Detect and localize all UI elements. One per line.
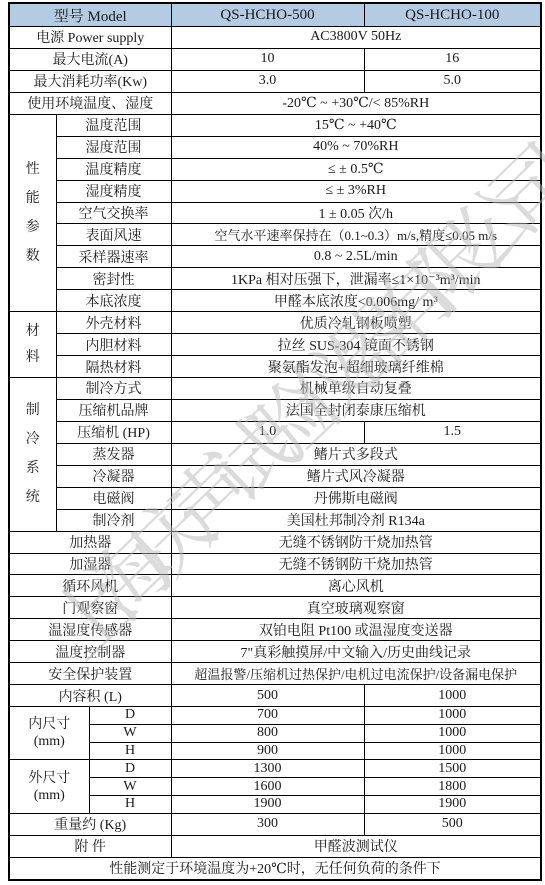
row-value: 空气水平速率保持在（0.1~0.3）m/s,精度≤0.05 m/s xyxy=(171,224,541,246)
row-value-500: 300 xyxy=(171,813,364,835)
row-label: 内容积 (L) xyxy=(9,685,171,707)
row-value-100: 1800 xyxy=(364,778,541,796)
row-cooling-method: 制冷系统 制冷方式 机械单级自动复叠 xyxy=(9,378,541,400)
row-label: 湿度范围 xyxy=(56,136,171,158)
row-label: 温湿度传感器 xyxy=(9,619,171,641)
row-label: 温度范围 xyxy=(56,114,171,136)
row-label: 压缩机品牌 xyxy=(56,399,171,421)
row-seal: 密封性 1KPa 相对压强下，泄漏率≤1×10⁻³m³/min xyxy=(9,268,541,290)
row-label: 压缩机 (HP) xyxy=(56,421,171,443)
row-outer-dim-d: 外尺寸(mm) D 1300 1500 xyxy=(9,760,541,778)
row-label: 制冷方式 xyxy=(56,378,171,400)
row-value-100: 1000 xyxy=(364,724,541,742)
row-humidifier: 加湿器 无缝不锈钢防干烧加热管 xyxy=(9,553,541,575)
dim-label: W xyxy=(89,724,171,742)
row-surface-wind: 表面风速 空气水平速率保持在（0.1~0.3）m/s,精度≤0.05 m/s xyxy=(9,224,541,246)
row-label: 使用环境温度、湿度 xyxy=(9,92,171,114)
row-label: 采样器速率 xyxy=(56,246,171,268)
row-power-supply: 电源 Power supply AC3800V 50Hz xyxy=(9,27,541,49)
row-value-500: 500 xyxy=(171,685,364,707)
row-label: 安全保护装置 xyxy=(9,663,171,685)
row-value: 0.8 ~ 2.5L/min xyxy=(171,246,541,268)
row-value: 鳍片式多段式 xyxy=(171,443,541,465)
row-solenoid-valve: 电磁阀 丹佛斯电磁阀 xyxy=(9,487,541,509)
row-safety-protection: 安全保护装置 超温报警/压缩机过热保护/电机过电流保护/设备漏电保护 xyxy=(9,663,541,685)
row-value-500: 1600 xyxy=(171,778,364,796)
dim-label: D xyxy=(89,760,171,778)
row-value-500: 1.0 xyxy=(171,421,364,443)
row-value: 拉丝 SUS-304 镜面不锈钢 xyxy=(171,334,541,356)
row-outer-dim-w: W 1600 1800 xyxy=(9,778,541,796)
row-value-100: 500 xyxy=(364,813,541,835)
row-value: 15℃ ~ +40℃ xyxy=(171,114,541,136)
table-header-row: 型号 Model QS-HCHO-500 QS-HCHO-100 xyxy=(9,3,541,27)
row-condenser: 冷凝器 鳍片式风冷凝器 xyxy=(9,465,541,487)
dim-label: H xyxy=(89,742,171,760)
row-footnote: 性能测定于环境温度为+20℃时，无任何负荷的条件下 xyxy=(9,857,541,880)
row-label: 密封性 xyxy=(56,268,171,290)
row-value-500: 900 xyxy=(171,742,364,760)
spec-table: 型号 Model QS-HCHO-500 QS-HCHO-100 电源 Powe… xyxy=(8,2,542,881)
row-value: 丹佛斯电磁阀 xyxy=(171,487,541,509)
row-accessory: 附 件 甲醛波测试仪 xyxy=(9,835,541,857)
model-name-100: QS-HCHO-100 xyxy=(364,3,541,27)
row-inner-dim-h: H 900 1000 xyxy=(9,742,541,760)
row-temp-accuracy: 温度精度 ≤ ± 0.5℃ xyxy=(9,158,541,180)
row-value: 机械单级自动复叠 xyxy=(171,378,541,400)
row-inner-dim-w: W 800 1000 xyxy=(9,724,541,742)
row-value-100: 5.0 xyxy=(364,70,541,92)
dim-label: D xyxy=(89,707,171,725)
row-value-500: 1900 xyxy=(171,795,364,813)
dim-label: W xyxy=(89,778,171,796)
row-label: 循环风机 xyxy=(9,575,171,597)
dim-label: H xyxy=(89,795,171,813)
row-value-100: 16 xyxy=(364,48,541,70)
row-value: 双铂电阻 Pt100 或温湿度变送器 xyxy=(171,619,541,641)
row-label: 最大电流(A) xyxy=(9,48,171,70)
row-label: 温度控制器 xyxy=(9,641,171,663)
row-value: 1KPa 相对压强下，泄漏率≤1×10⁻³m³/min xyxy=(171,268,541,290)
row-value-500: 10 xyxy=(171,48,364,70)
row-value: ≤ ± 0.5℃ xyxy=(171,158,541,180)
row-value-100: 1000 xyxy=(364,707,541,725)
row-value: 1 ± 0.05 次/h xyxy=(171,202,541,224)
row-label: 温度精度 xyxy=(56,158,171,180)
row-compressor-brand: 压缩机品牌 法国全封闭泰康压缩机 xyxy=(9,399,541,421)
row-value: 40% ~ 70%RH xyxy=(171,136,541,158)
row-observation-window: 门观察窗 真空玻璃观察窗 xyxy=(9,597,541,619)
row-label: 外壳材料 xyxy=(56,312,171,334)
row-label: 加热器 xyxy=(9,531,171,553)
row-label: 门观察窗 xyxy=(9,597,171,619)
row-value: AC3800V 50Hz xyxy=(171,27,541,49)
model-name-500: QS-HCHO-500 xyxy=(171,3,364,27)
row-humidity-accuracy: 湿度精度 ≤ ± 3%RH xyxy=(9,180,541,202)
row-value: 7"真彩触摸屏/中文输入/历史曲线记录 xyxy=(171,641,541,663)
row-value: -20℃ ~ +30℃/< 85%RH xyxy=(171,92,541,114)
row-weight: 重量约 (Kg) 300 500 xyxy=(9,813,541,835)
row-value: 超温报警/压缩机过热保护/电机过电流保护/设备漏电保护 xyxy=(171,663,541,685)
row-value: 聚氨酯发泡+超细玻璃纤维棉 xyxy=(171,356,541,378)
row-label: 重量约 (Kg) xyxy=(9,813,171,835)
row-value-100: 1000 xyxy=(364,685,541,707)
row-compressor-hp: 压缩机 (HP) 1.0 1.5 xyxy=(9,421,541,443)
row-inner-dim-d: 内尺寸(mm) D 700 1000 xyxy=(9,707,541,725)
section-cooling-system: 制冷系统 xyxy=(9,378,56,532)
row-value-500: 3.0 xyxy=(171,70,364,92)
row-value-500: 800 xyxy=(171,724,364,742)
row-value: 无缝不锈钢防干烧加热管 xyxy=(171,531,541,553)
row-temp-range: 性能参数 温度范围 15℃ ~ +40℃ xyxy=(9,114,541,136)
row-value-500: 700 xyxy=(171,707,364,725)
row-label: 隔热材料 xyxy=(56,356,171,378)
row-value: 甲醛本底浓度<0.006mg/ m³ xyxy=(171,290,541,312)
row-value: 离心风机 xyxy=(171,575,541,597)
row-label: 加湿器 xyxy=(9,553,171,575)
row-air-exchange: 空气交换率 1 ± 0.05 次/h xyxy=(9,202,541,224)
row-evaporator: 蒸发器 鳍片式多段式 xyxy=(9,443,541,465)
row-label: 电磁阀 xyxy=(56,487,171,509)
row-value: 无缝不锈钢防干烧加热管 xyxy=(171,553,541,575)
row-value-500: 1300 xyxy=(171,760,364,778)
row-value-100: 1000 xyxy=(364,742,541,760)
row-shell-material: 材料 外壳材料 优质冷轧钢板喷塑 xyxy=(9,312,541,334)
row-label: 制冷剂 xyxy=(56,509,171,531)
section-material: 材料 xyxy=(9,312,56,378)
row-background-concentration: 本底浓度 甲醛本底浓度<0.006mg/ m³ xyxy=(9,290,541,312)
row-outer-dim-h: H 1900 1900 xyxy=(9,795,541,813)
row-label: 冷凝器 xyxy=(56,465,171,487)
row-value-100: 1.5 xyxy=(364,421,541,443)
row-value: 鳍片式风冷凝器 xyxy=(171,465,541,487)
row-sensor: 温湿度传感器 双铂电阻 Pt100 或温湿度变送器 xyxy=(9,619,541,641)
row-value: 甲醛波测试仪 xyxy=(171,835,541,857)
section-performance: 性能参数 xyxy=(9,114,56,311)
row-liner-material: 内胆材料 拉丝 SUS-304 镜面不锈钢 xyxy=(9,334,541,356)
row-label: 湿度精度 xyxy=(56,180,171,202)
row-value-100: 1500 xyxy=(364,760,541,778)
row-heater: 加热器 无缝不锈钢防干烧加热管 xyxy=(9,531,541,553)
row-label: 内胆材料 xyxy=(56,334,171,356)
row-max-current: 最大电流(A) 10 16 xyxy=(9,48,541,70)
row-label: 表面风速 xyxy=(56,224,171,246)
row-refrigerant: 制冷剂 美国杜邦制冷剂 R134a xyxy=(9,509,541,531)
row-max-power: 最大消耗功率(Kw) 3.0 5.0 xyxy=(9,70,541,92)
row-controller: 温度控制器 7"真彩触摸屏/中文输入/历史曲线记录 xyxy=(9,641,541,663)
row-humidity-range: 湿度范围 40% ~ 70%RH xyxy=(9,136,541,158)
row-value: ≤ ± 3%RH xyxy=(171,180,541,202)
row-label: 附 件 xyxy=(9,835,171,857)
row-label: 本底浓度 xyxy=(56,290,171,312)
row-label: 空气交换率 xyxy=(56,202,171,224)
row-circulating-fan: 循环风机 离心风机 xyxy=(9,575,541,597)
row-value: 优质冷轧钢板喷塑 xyxy=(171,312,541,334)
row-insulation-material: 隔热材料 聚氨酯发泡+超细玻璃纤维棉 xyxy=(9,356,541,378)
footnote-text: 性能测定于环境温度为+20℃时，无任何负荷的条件下 xyxy=(9,857,541,880)
section-outer-dimensions: 外尺寸(mm) xyxy=(9,760,89,813)
row-value: 法国全封闭泰康压缩机 xyxy=(171,399,541,421)
row-sampler-rate: 采样器速率 0.8 ~ 2.5L/min xyxy=(9,246,541,268)
section-inner-dimensions: 内尺寸(mm) xyxy=(9,707,89,760)
row-label: 电源 Power supply xyxy=(9,27,171,49)
row-ambient: 使用环境温度、湿度 -20℃ ~ +30℃/< 85%RH xyxy=(9,92,541,114)
row-value: 真空玻璃观察窗 xyxy=(171,597,541,619)
row-value: 美国杜邦制冷剂 R134a xyxy=(171,509,541,531)
row-inner-volume: 内容积 (L) 500 1000 xyxy=(9,685,541,707)
row-label: 蒸发器 xyxy=(56,443,171,465)
row-label: 最大消耗功率(Kw) xyxy=(9,70,171,92)
row-value-100: 1900 xyxy=(364,795,541,813)
model-header-label: 型号 Model xyxy=(9,3,171,27)
